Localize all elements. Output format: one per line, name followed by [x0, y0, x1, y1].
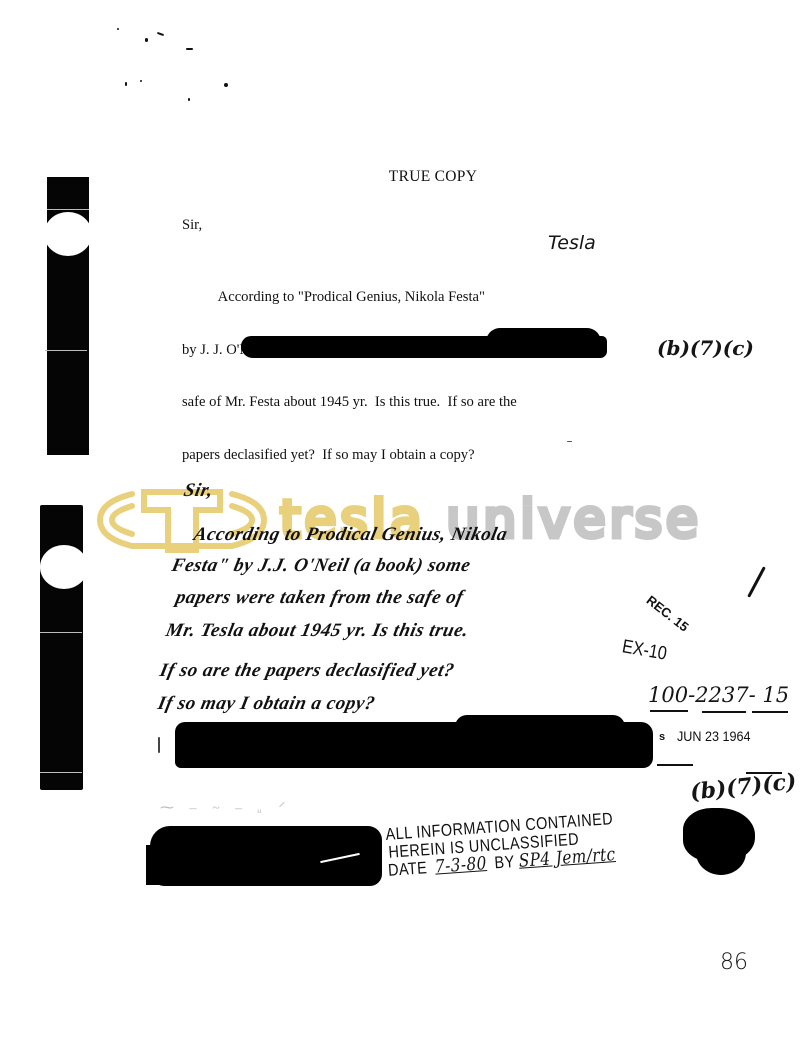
- scan-speck: [117, 28, 119, 30]
- typed-line: safe of Mr. Festa about 1945 yr. Is this…: [182, 394, 517, 412]
- scan-speck: [145, 38, 148, 42]
- typed-letter-body: According to "Prodical Genius, Nikola Fe…: [182, 254, 517, 482]
- pen-stroke: [747, 566, 766, 597]
- pen-stroke: [158, 737, 160, 753]
- declass-date: 7-3-80: [431, 853, 491, 878]
- handwritten-correction: Tesla: [548, 232, 596, 254]
- handwritten-salutation: Sir,: [182, 480, 216, 502]
- underline: [702, 711, 746, 713]
- handwritten-line: According to Prodical Genius, Nikola: [192, 524, 510, 546]
- rec-stamp: REC. 15: [644, 592, 692, 634]
- scan-speck: [567, 441, 572, 442]
- stamp-rule: [657, 764, 693, 766]
- declassification-stamp: ALL INFORMATION CONTAINED HEREIN IS UNCL…: [385, 810, 616, 880]
- document-title: TRUE COPY: [0, 168, 800, 186]
- exemption-code-top: (b)(7)(c): [657, 336, 754, 360]
- typed-line: According to "Prodical Genius, Nikola Fe…: [182, 289, 517, 307]
- scan-speck: [224, 83, 228, 87]
- faint-scribble: ⁓ ‒ ~ ‒ ᵤ ᐟ: [160, 800, 289, 817]
- date-stamp: JUN 23 1964: [677, 728, 751, 744]
- ex-stamp: EX-10: [620, 636, 668, 665]
- exemption-code-bottom: (b)(7)(c): [689, 769, 798, 806]
- declass-date-label: DATE: [387, 858, 427, 880]
- scan-speck: [140, 80, 142, 82]
- date-stamp-prefix: s: [659, 731, 665, 743]
- handwritten-line: If so may I obtain a copy?: [156, 693, 377, 715]
- handwritten-line: papers were taken from the safe of: [174, 587, 466, 609]
- file-number: 100-2237- 15: [648, 683, 789, 707]
- handwritten-line: If so are the papers declasified yet?: [158, 660, 457, 682]
- typed-salutation: Sir,: [182, 217, 202, 235]
- scan-speck: [125, 82, 127, 86]
- handwritten-line: Festa" by J.J. O'Neil (a book) some: [170, 555, 473, 577]
- scan-speck: [157, 32, 164, 36]
- scan-speck: [186, 48, 193, 50]
- handwritten-line: Mr. Tesla about 1945 yr. Is this true.: [164, 620, 471, 642]
- page-number: 86: [720, 950, 748, 975]
- underline: [650, 710, 688, 712]
- declass-by-label: BY: [494, 852, 515, 872]
- scan-speck: [188, 98, 190, 101]
- underline: [752, 711, 788, 713]
- typed-line: papers declasified yet? If so may I obta…: [182, 447, 517, 465]
